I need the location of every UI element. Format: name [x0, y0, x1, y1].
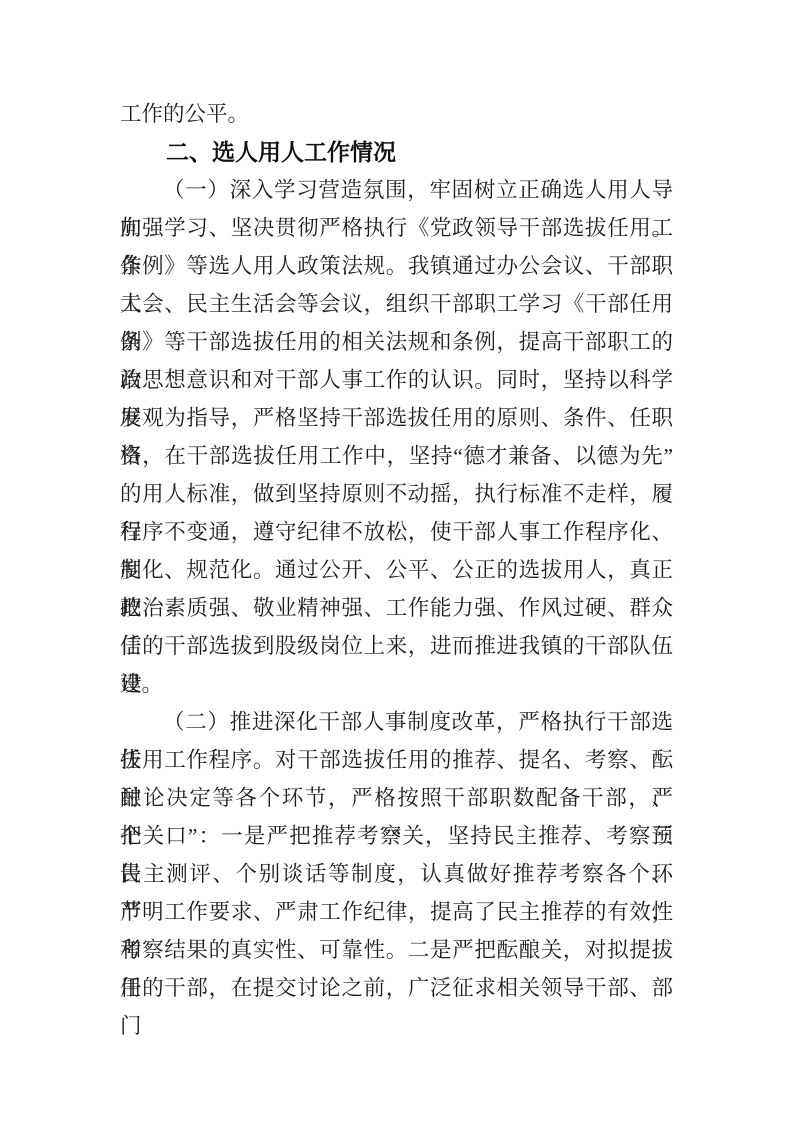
text-line: 严明工作要求、严肃工作纪律，提高了民主推荐的有效性和 — [120, 893, 673, 931]
text-line: 格，在干部选拔任用工作中，坚持“德才兼备、以德为先” — [120, 437, 673, 475]
text-line: 治思想意识和对干部人事工作的认识。同时，坚持以科学发 — [120, 361, 673, 399]
text-line: 讨论决定等各个环节，严格按照干部职数配备干部，严把“三 — [120, 779, 673, 817]
text-line: 任的干部选拔到股级岗位上来，进而推进我镇的干部队伍建 — [120, 627, 673, 665]
text-line: 程序不变通，遵守纪律不放松，使干部人事工作程序化、制 — [120, 513, 673, 551]
text-line: （二）推进深化干部人事制度改革，严格执行干部选拔 — [120, 703, 673, 741]
text-line: 设。 — [120, 665, 673, 703]
section-heading: 二、选人用人工作情况 — [120, 133, 673, 171]
text-line: 的用人标准，做到坚持原则不动摇，执行标准不走样，履行 — [120, 475, 673, 513]
text-line: 度化、规范化。通过公开、公平、公正的选拔用人，真正把 — [120, 551, 673, 589]
text-line: 任用工作程序。对干部选拔任用的推荐、提名、考察、酝酿、 — [120, 741, 673, 779]
text-line: 展观为指导，严格坚持干部选拔任用的原则、条件、任职资 — [120, 399, 673, 437]
text-line: （一）深入学习营造氛围，牢固树立正确选人用人导向。 — [120, 171, 673, 209]
text-line: 条例》等选人用人政策法规。我镇通过办公会议、干部职工 — [120, 247, 673, 285]
text-line: 用的干部，在提交讨论之前，广泛征求相关领导干部、部门 — [120, 969, 673, 1007]
text-line: 工作的公平。 — [120, 95, 673, 133]
text-line: 大会、民主生活会等会议，组织干部职工学习《干部任用条 — [120, 285, 673, 323]
document-page: 工作的公平。二、选人用人工作情况（一）深入学习营造氛围，牢固树立正确选人用人导向… — [0, 0, 793, 1122]
text-line: 例》等干部选拔任用的相关法规和条例，提高干部职工的政 — [120, 323, 673, 361]
document-body: 工作的公平。二、选人用人工作情况（一）深入学习营造氛围，牢固树立正确选人用人导向… — [120, 95, 673, 1007]
text-line: 个关口”：一是严把推荐考察关，坚持民主推荐、考察预告、 — [120, 817, 673, 855]
text-line: 加强学习、坚决贯彻严格执行《党政领导干部选拔任用工作 — [120, 209, 673, 247]
text-line: 政治素质强、敬业精神强、工作能力强、作风过硬、群众信 — [120, 589, 673, 627]
text-line: 考察结果的真实性、可靠性。二是严把酝酿关，对拟提拔任 — [120, 931, 673, 969]
text-line: 民主测评、个别谈话等制度，认真做好推荐考察各个环节， — [120, 855, 673, 893]
